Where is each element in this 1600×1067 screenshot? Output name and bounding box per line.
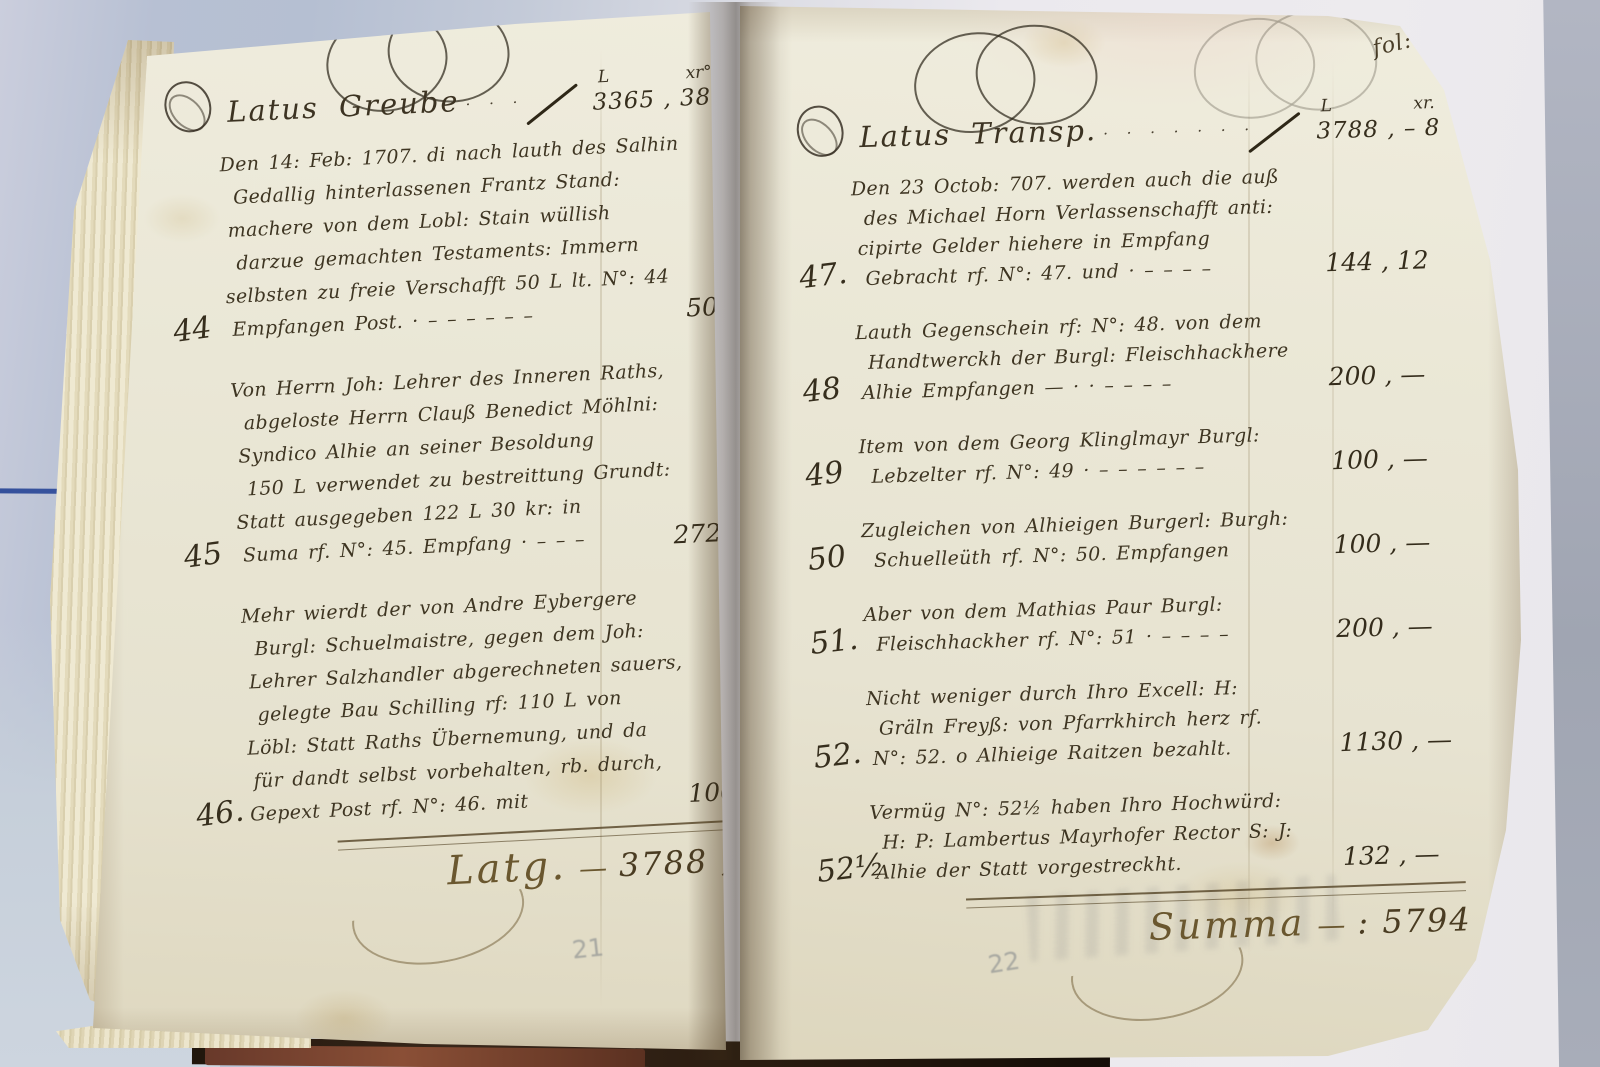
ledger-entry: 46.Mehr wierdt der von Andre EybergereBu… bbox=[186, 577, 758, 834]
entry-number: 47. bbox=[798, 255, 856, 298]
page-left-content: Latus Greube · · · · · · · · L xr° 3365 … bbox=[161, 42, 762, 907]
footer-line: Summa — : 5794 , 20. bbox=[818, 896, 1471, 958]
header-title: Latus Greube bbox=[226, 84, 460, 133]
dotted-leader: · · · · · · · · · bbox=[1097, 120, 1254, 151]
ledger-entry: 50Zugleichen von Alhieigen Burgerl: Burg… bbox=[807, 498, 1460, 577]
entries-list: 44Den 14: Feb: 1707. di nach lauth des S… bbox=[165, 125, 759, 834]
entry-text: Lauth Gegenschein rf: N°: 48. von demHan… bbox=[855, 304, 1329, 408]
entry-amount: 1130 , — bbox=[1339, 724, 1466, 760]
entry-amount: 100 , — bbox=[1333, 526, 1460, 562]
entry-amount: 200 , — bbox=[1328, 359, 1455, 395]
entry-amount: 132 , — bbox=[1342, 838, 1469, 874]
currency-kreuzer-label: xr° bbox=[685, 62, 712, 83]
footer-dash: — bbox=[578, 851, 608, 885]
ledger-entry: 52½Vermüg N°: 52½ haben Ihro Hochwürd:H:… bbox=[815, 780, 1469, 889]
page-footer: Summa — : 5794 , 20. bbox=[818, 882, 1471, 958]
entry-text: Nicht weniger durch Ihro Excell: H:Gräln… bbox=[866, 670, 1340, 774]
entry-number: 48 bbox=[801, 369, 859, 412]
ledger-entry: 52.Nicht weniger durch Ihro Excell: H:Gr… bbox=[812, 666, 1466, 775]
entry-text: Item von dem Georg Klinglmayr Burgl:Lebz… bbox=[858, 418, 1332, 492]
entry-text: Den 23 Octob: 707. werden auch die außde… bbox=[850, 160, 1325, 294]
ledger-entry: 48Lauth Gegenschein rf: N°: 48. von demH… bbox=[801, 301, 1455, 410]
leader-slash bbox=[526, 83, 578, 125]
currency-l-label: L bbox=[1320, 96, 1332, 116]
entry-number: 45 bbox=[182, 534, 240, 578]
leader-slash bbox=[1248, 112, 1300, 154]
header-amount: 3365 , 38. bbox=[587, 83, 726, 115]
pencil-page-number: 22 bbox=[986, 946, 1022, 980]
entry-number: 51. bbox=[808, 621, 866, 664]
entry-number: 44 bbox=[171, 308, 229, 352]
page-right: fol: 21 Latus Transp. · · · · · · · · · … bbox=[728, 0, 1528, 1067]
entry-number: 46. bbox=[194, 792, 252, 836]
entry-number: 52½ bbox=[815, 849, 873, 892]
entry-text: Aber von dem Mathias Paur Burgl:Fleischh… bbox=[863, 586, 1337, 660]
entry-amount: 144 , 12 bbox=[1325, 245, 1452, 281]
pencil-page-number: 21 bbox=[571, 932, 606, 964]
entry-text: Von Herrn Joh: Lehrer des Inneren Raths,… bbox=[230, 355, 675, 573]
paraph-flourish-icon bbox=[794, 100, 860, 160]
page-footer: Latg. — 3788 , – 8 bbox=[198, 820, 762, 906]
entry-text: Den 14: Feb: 1707. di nach lauth des Sal… bbox=[219, 128, 687, 347]
book-tail-band bbox=[205, 1045, 645, 1067]
header-amount-block: L xr. 3788 , – 8 bbox=[1308, 93, 1447, 145]
footer-label: Latg. bbox=[446, 843, 568, 895]
entry-text: Mehr wierdt der von Andre EybergereBurgl… bbox=[240, 580, 689, 831]
page-header: Latus Greube · · · · · · · · L xr° 3365 … bbox=[161, 42, 726, 136]
entries-list: 47.Den 23 Octob: 707. werden auch die au… bbox=[796, 157, 1469, 890]
currency-kreuzer-label: xr. bbox=[1413, 93, 1435, 114]
header-amount-block: L xr° 3365 , 38. bbox=[585, 62, 725, 116]
entry-number: 50 bbox=[806, 537, 864, 580]
dotted-leader: · · · · · · · · bbox=[459, 93, 532, 122]
header-title: Latus Transp. bbox=[859, 113, 1098, 158]
entry-number: 52. bbox=[812, 735, 870, 778]
entry-amount: 100 , — bbox=[1331, 442, 1458, 478]
manuscript-photo: Latus Greube · · · · · · · · L xr° 3365 … bbox=[0, 0, 1600, 1067]
currency-l-label: L bbox=[597, 67, 609, 88]
entry-text: Zugleichen von Alhieigen Burgerl: Burgh:… bbox=[861, 502, 1335, 576]
header-amount: 3788 , – 8 bbox=[1309, 115, 1448, 145]
ledger-entry: 47.Den 23 Octob: 707. werden auch die au… bbox=[796, 157, 1451, 296]
entry-text: Vermüg N°: 52½ haben Ihro Hochwürd:H: P:… bbox=[869, 784, 1343, 888]
footer-label: Summa bbox=[1148, 901, 1306, 949]
footer-dash: — bbox=[1317, 908, 1346, 942]
entry-number: 49 bbox=[803, 453, 861, 496]
paraph-flourish-icon bbox=[161, 75, 228, 136]
footer-line: Latg. — 3788 , – 8 bbox=[198, 834, 762, 906]
ledger-entry: 51.Aber von dem Mathias Paur Burgl:Fleis… bbox=[809, 582, 1462, 661]
ledger-entry: 45Von Herrn Joh: Lehrer des Inneren Rath… bbox=[176, 351, 747, 575]
page-right-content: Latus Transp. · · · · · · · · · L xr. 37… bbox=[794, 73, 1471, 959]
page-header: Latus Transp. · · · · · · · · · L xr. 37… bbox=[794, 73, 1448, 160]
entry-amount: 200 , — bbox=[1336, 610, 1463, 646]
ledger-entry: 44Den 14: Feb: 1707. di nach lauth des S… bbox=[165, 125, 736, 349]
ledger-entry: 49Item von dem Georg Klinglmayr Burgl:Le… bbox=[804, 415, 1457, 494]
page-left: Latus Greube · · · · · · · · L xr° 3365 … bbox=[85, 8, 733, 1060]
